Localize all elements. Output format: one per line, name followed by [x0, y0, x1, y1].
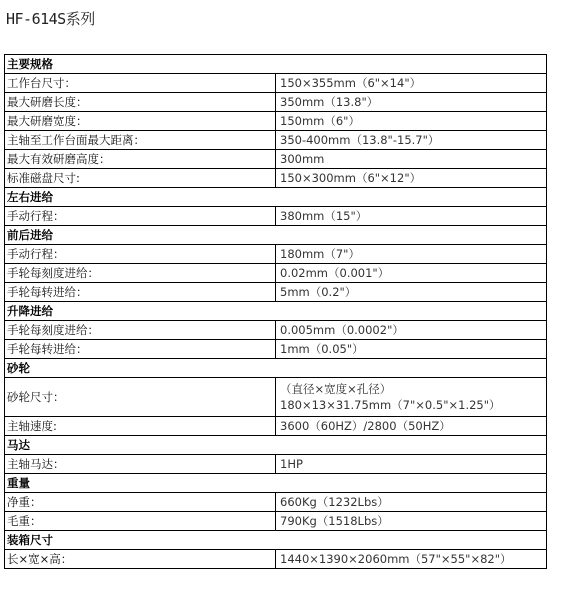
spec-label: 最大研磨宽度： — [5, 112, 276, 131]
spec-label: 毛重： — [5, 512, 276, 531]
section-heading: 前后进给 — [5, 226, 547, 245]
section-header-row: 升降进给 — [5, 302, 547, 321]
table-row: 净重：660Kg（1232Lbs） — [5, 493, 547, 512]
spec-label: 手动行程： — [5, 245, 276, 264]
spec-value: 790Kg（1518Lbs） — [276, 512, 547, 531]
spec-value-line: 180×13×31.75mm（7"×0.5"×1.25"） — [280, 397, 546, 413]
spec-label: 手轮每刻度进给： — [5, 264, 276, 283]
table-row: 长×宽×高：1440×1390×2060mm（57"×55"×82"） — [5, 550, 547, 569]
table-row: 手轮每转进给：1mm（0.05"） — [5, 340, 547, 359]
section-heading: 砂轮 — [5, 359, 547, 378]
table-row: 最大研磨宽度：150mm（6"） — [5, 112, 547, 131]
spec-value: 300mm — [276, 150, 547, 169]
spec-value: 380mm（15"） — [276, 207, 547, 226]
spec-label: 长×宽×高： — [5, 550, 276, 569]
spec-value: 5mm（0.2"） — [276, 283, 547, 302]
section-heading: 升降进给 — [5, 302, 547, 321]
table-row: 标准磁盘尺寸:150×300mm（6"×12"） — [5, 169, 547, 188]
table-row: 手动行程：380mm（15"） — [5, 207, 547, 226]
spec-value: 180mm（7"） — [276, 245, 547, 264]
spec-value: 150mm（6"） — [276, 112, 547, 131]
section-header-row: 砂轮 — [5, 359, 547, 378]
spec-value: 660Kg（1232Lbs） — [276, 493, 547, 512]
spec-label: 标准磁盘尺寸: — [5, 169, 276, 188]
section-heading: 左右进给 — [5, 188, 547, 207]
table-row: 手动行程：180mm（7"） — [5, 245, 547, 264]
spec-value: 3600（60HZ）/2800（50HZ） — [276, 417, 547, 436]
spec-value: 1HP — [276, 455, 547, 474]
spec-label: 手轮每刻度进给： — [5, 321, 276, 340]
spec-label: 手动行程： — [5, 207, 276, 226]
section-header-row: 主要规格 — [5, 55, 547, 74]
spec-value: 1mm（0.05"） — [276, 340, 547, 359]
spec-label: 最大研磨长度： — [5, 93, 276, 112]
spec-value: 150×355mm（6"×14"） — [276, 74, 547, 93]
section-header-row: 重量 — [5, 474, 547, 493]
table-row: 砂轮尺寸：（直径×宽度×孔径）180×13×31.75mm（7"×0.5"×1.… — [5, 378, 547, 417]
table-row: 最大研磨长度：350mm（13.8"） — [5, 93, 547, 112]
table-row: 最大有效研磨高度：300mm — [5, 150, 547, 169]
table-row: 主轴马达：1HP — [5, 455, 547, 474]
spec-value: 0.02mm（0.001"） — [276, 264, 547, 283]
section-heading: 主要规格 — [5, 55, 547, 74]
spec-label: 主轴速度: — [5, 417, 276, 436]
spec-label: 手轮每转进给： — [5, 283, 276, 302]
section-header-row: 前后进给 — [5, 226, 547, 245]
section-heading: 马达 — [5, 436, 547, 455]
section-header-row: 装箱尺寸 — [5, 531, 547, 550]
spec-value: （直径×宽度×孔径）180×13×31.75mm（7"×0.5"×1.25"） — [276, 378, 547, 417]
spec-label: 手轮每转进给： — [5, 340, 276, 359]
table-row: 主轴速度:3600（60HZ）/2800（50HZ） — [5, 417, 547, 436]
spec-value: 1440×1390×2060mm（57"×55"×82"） — [276, 550, 547, 569]
table-row: 工作台尺寸：150×355mm（6"×14"） — [5, 74, 547, 93]
section-header-row: 马达 — [5, 436, 547, 455]
spec-value: 350-400mm（13.8"-15.7"） — [276, 131, 547, 150]
spec-value: 350mm（13.8"） — [276, 93, 547, 112]
spec-label: 主轴至工作台面最大距离： — [5, 131, 276, 150]
table-row: 毛重：790Kg（1518Lbs） — [5, 512, 547, 531]
spec-label: 净重： — [5, 493, 276, 512]
spec-label: 工作台尺寸： — [5, 74, 276, 93]
table-row: 手轮每刻度进给：0.005mm（0.0002"） — [5, 321, 547, 340]
page-title: HF-614S系列 — [6, 8, 95, 29]
table-row: 主轴至工作台面最大距离：350-400mm（13.8"-15.7"） — [5, 131, 547, 150]
table-row: 手轮每转进给：5mm（0.2"） — [5, 283, 547, 302]
spec-value: 0.005mm（0.0002"） — [276, 321, 547, 340]
section-header-row: 左右进给 — [5, 188, 547, 207]
section-heading: 重量 — [5, 474, 547, 493]
table-row: 手轮每刻度进给：0.02mm（0.001"） — [5, 264, 547, 283]
spec-label: 最大有效研磨高度： — [5, 150, 276, 169]
spec-label: 砂轮尺寸： — [5, 378, 276, 417]
spec-table: 主要规格 工作台尺寸：150×355mm（6"×14"） 最大研磨长度：350m… — [4, 54, 547, 569]
spec-label: 主轴马达： — [5, 455, 276, 474]
section-heading: 装箱尺寸 — [5, 531, 547, 550]
spec-value: 150×300mm（6"×12"） — [276, 169, 547, 188]
spec-value-line: （直径×宽度×孔径） — [280, 381, 546, 397]
